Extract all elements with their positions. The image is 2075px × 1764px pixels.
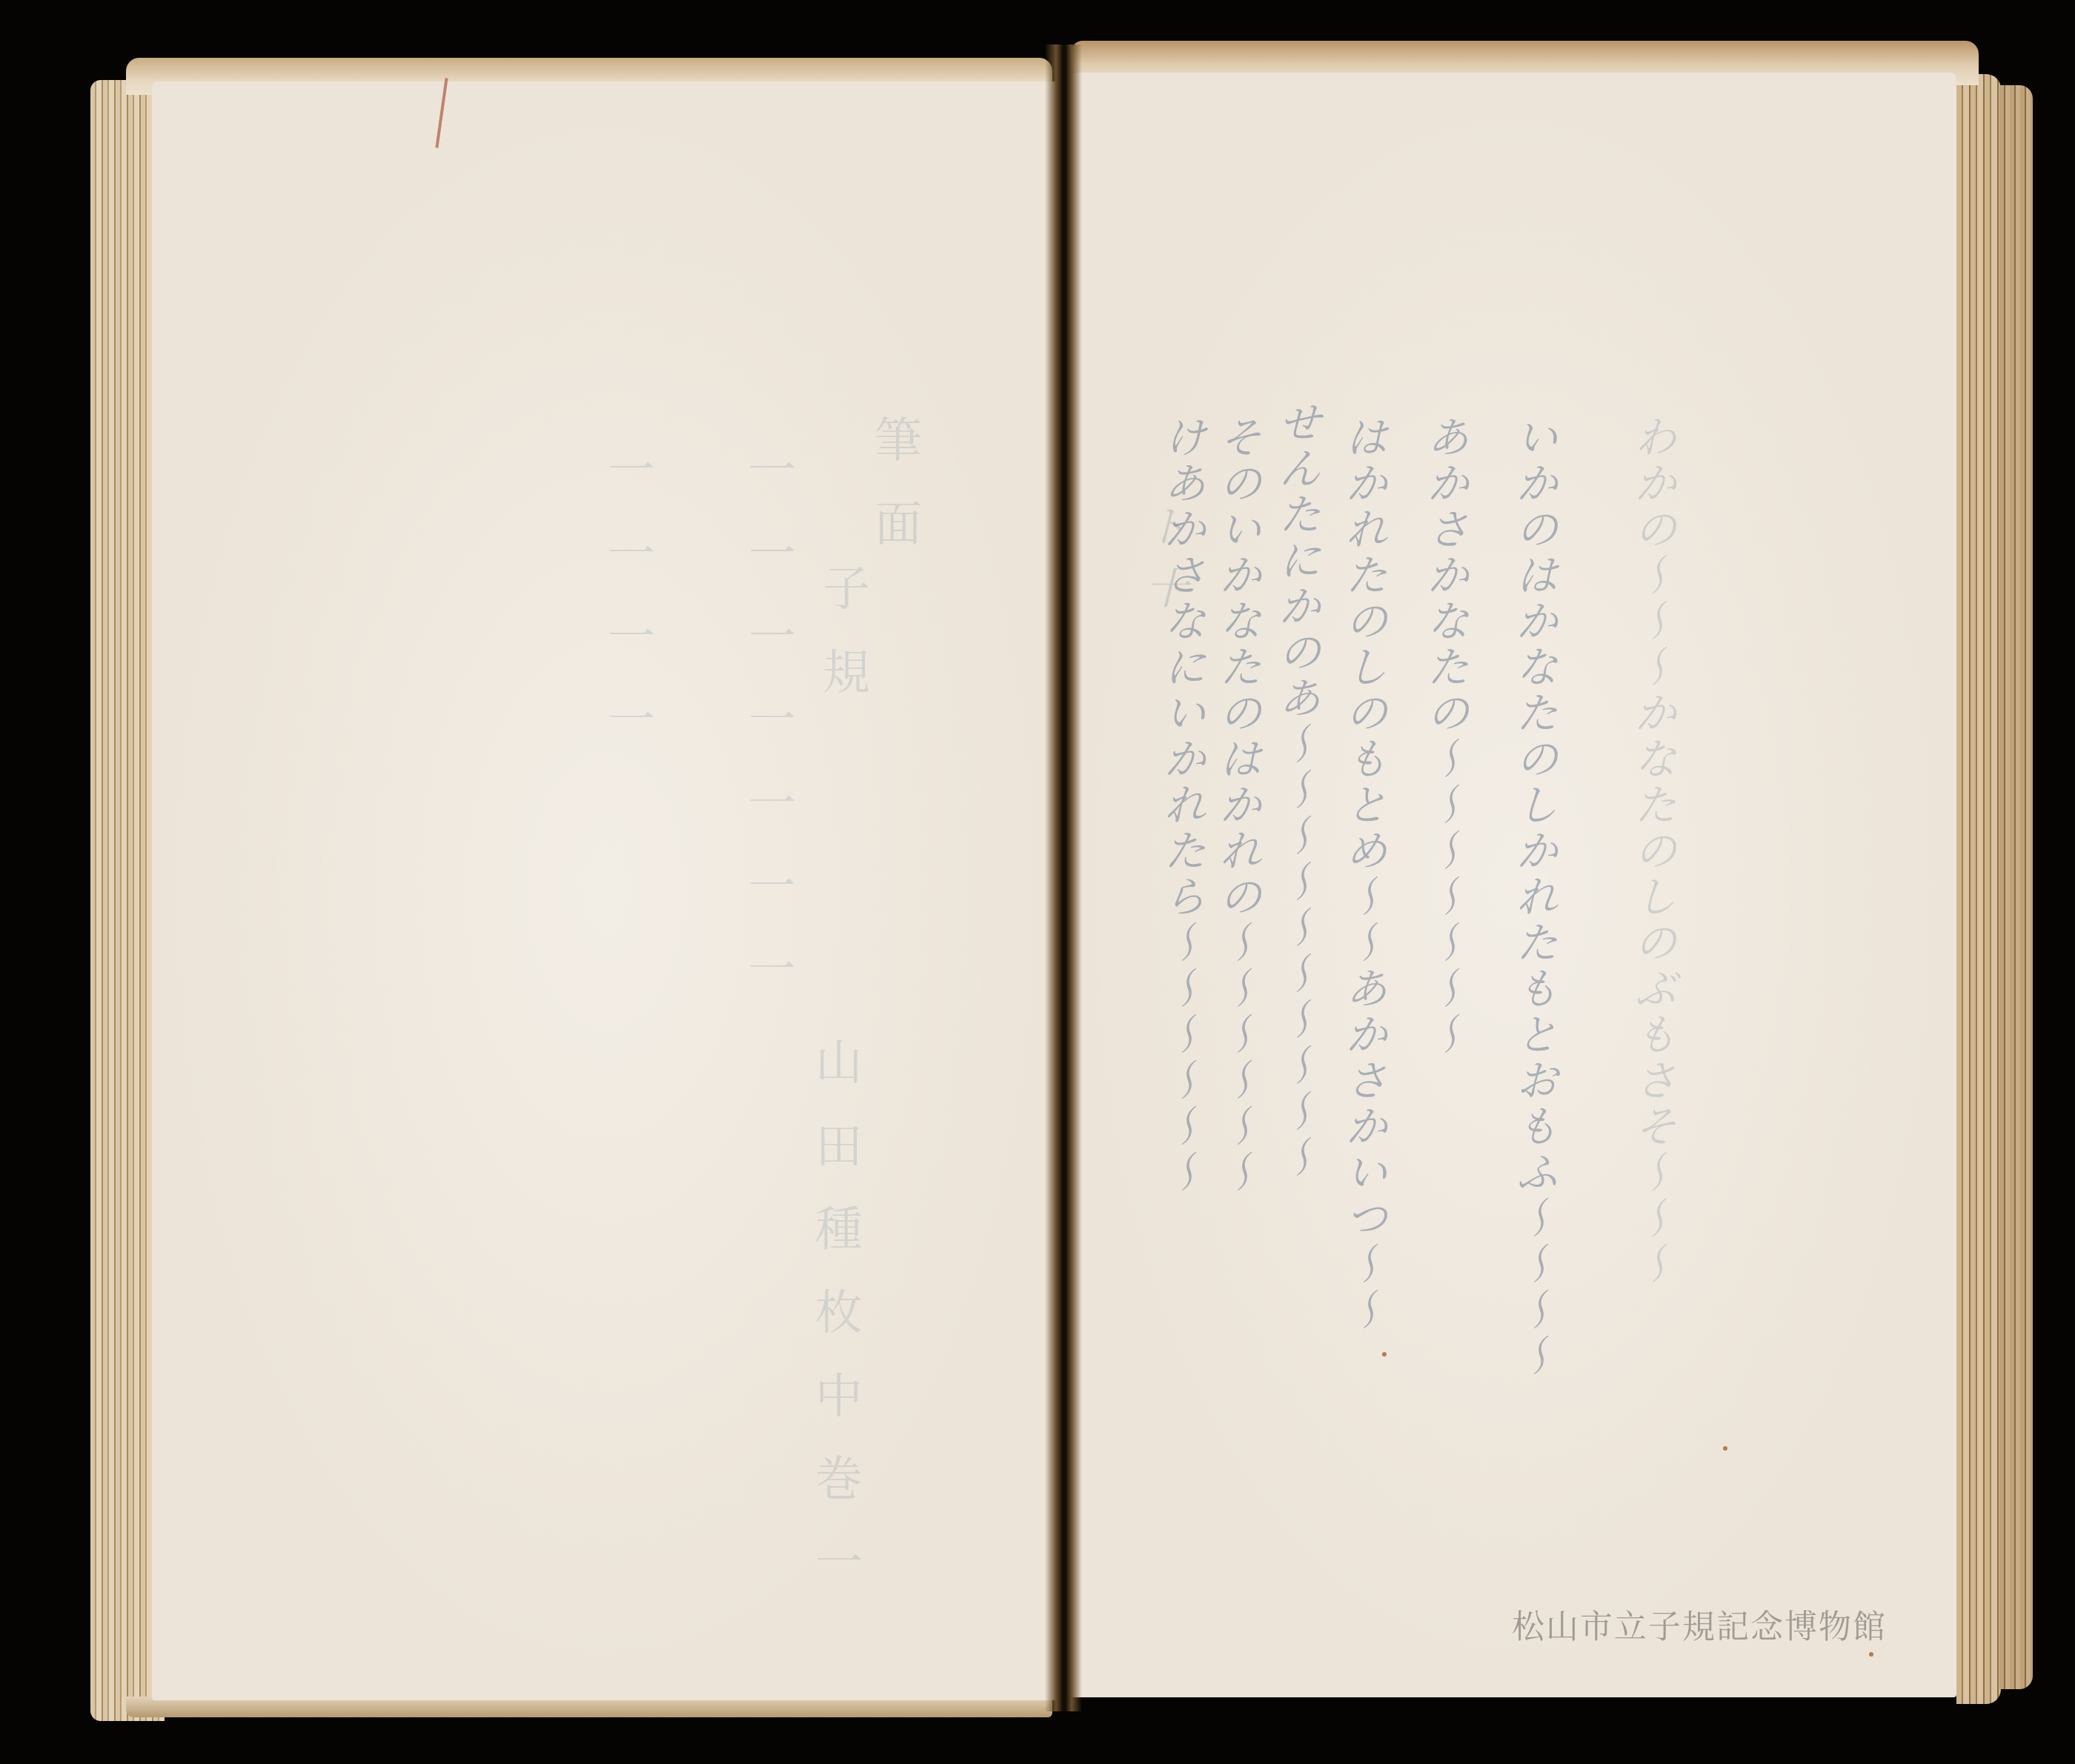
- handwriting-column: ト 十: [1141, 504, 1184, 612]
- book-gutter: [1045, 44, 1082, 1711]
- handwriting-column: せんたにかのあ〜〜〜〜〜〜〜〜〜〜: [1275, 400, 1318, 1181]
- handwriting-column: あかさかなたの〜〜〜〜〜〜〜: [1423, 415, 1466, 1058]
- paper-stain-speck: [1723, 1446, 1727, 1451]
- bleed-through-column: 子 規: [808, 563, 876, 704]
- bleed-through-column: 一 一 一 一: [593, 445, 661, 752]
- bleed-through-column: 筆 面: [860, 415, 928, 556]
- paper-stain-speck: [1869, 1652, 1873, 1657]
- handwriting-column: そのいかなたのはかれの〜〜〜〜〜〜: [1215, 415, 1258, 1196]
- bleed-through-column: 一 一 一 一 一 一 一: [734, 445, 802, 1002]
- handwriting-column: はかれたのしのもとめ〜〜あかさかいつ〜〜: [1341, 415, 1384, 1334]
- right-outer-stack-edge: [1999, 85, 2033, 1689]
- handwriting-column: わかの〜〜〜かなたのしのぶもさそ〜〜〜: [1630, 415, 1673, 1288]
- museum-watermark: 松山市立子規記念博物館: [1512, 1600, 1887, 1648]
- handwriting-column: いかのはかなたのしかれたもとおもふ〜〜〜〜: [1512, 415, 1555, 1379]
- paper-stain-speck: [1382, 1352, 1387, 1357]
- right-page-stack-edge: [1956, 74, 2001, 1704]
- bleed-through-column: 山 田 種 枚 中 巻 一: [800, 1037, 869, 1594]
- open-notebook: 筆 面 子 規 山 田 種 枚 中 巻 一 一 一 一 一 一 一 一 一 一 …: [0, 0, 2075, 1764]
- left-page: [152, 81, 1060, 1700]
